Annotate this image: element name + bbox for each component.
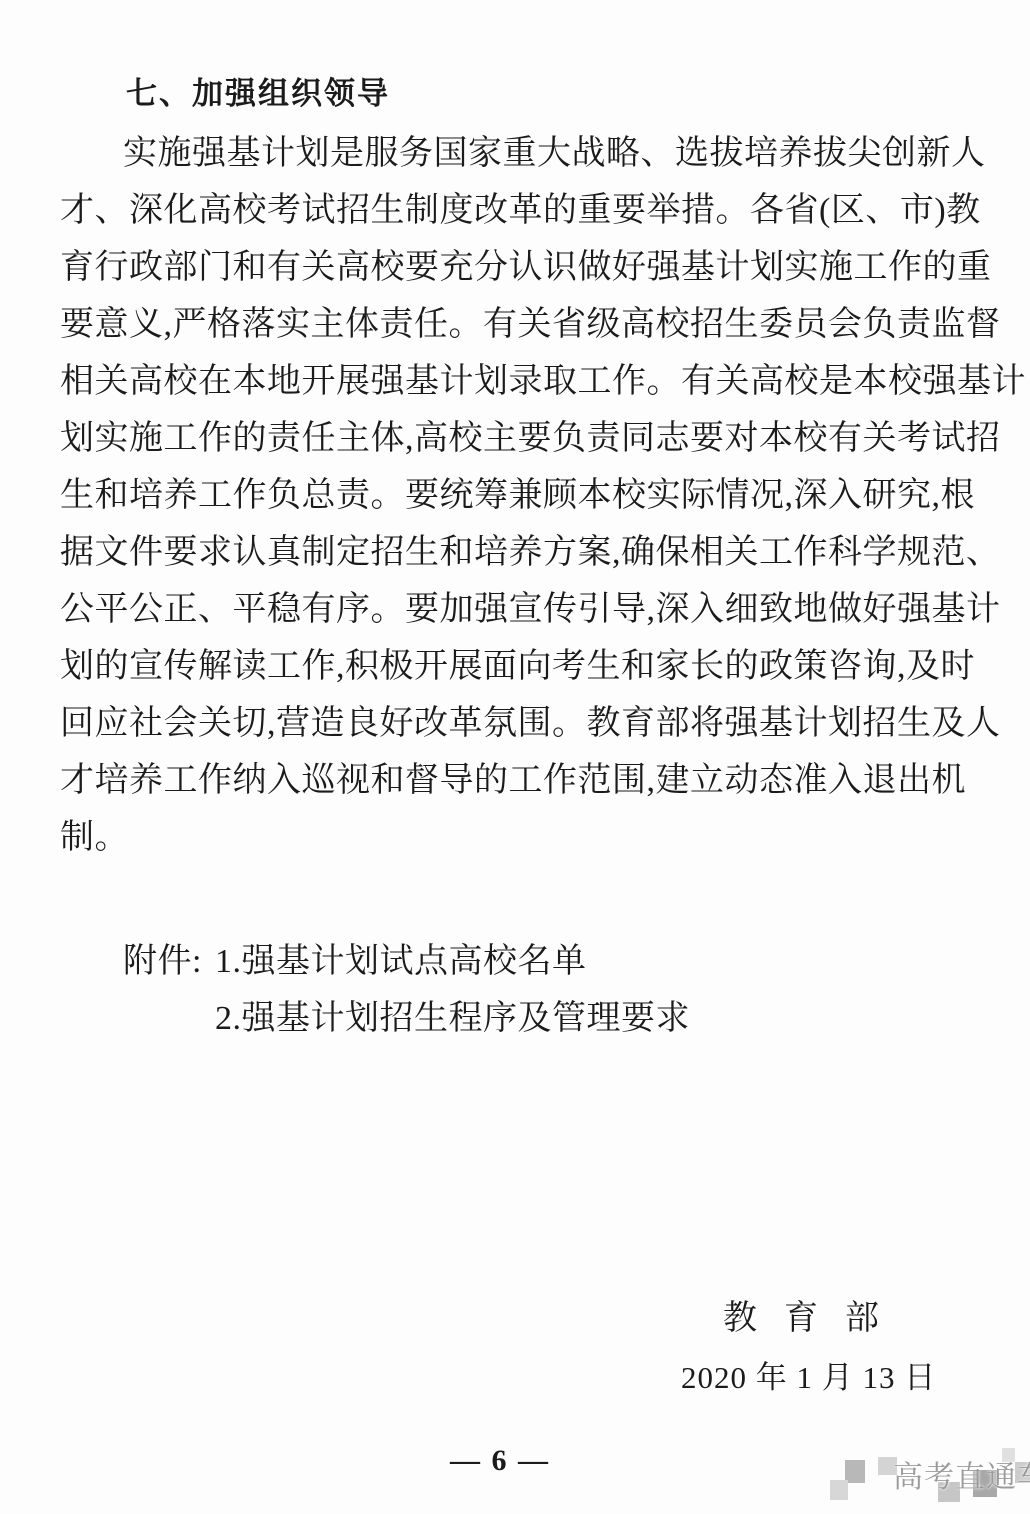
paragraph-line: 实施强基计划是服务国家重大战略、选拔培养拔尖创新人 [60,125,1026,182]
section-heading: 七、加强组织领导 [126,68,390,113]
watermark-text: 高考直通车 [893,1452,1030,1496]
paragraph-line: 生和培养工作负总责。要统筹兼顾本校实际情况,深入研究,根 [60,467,1026,524]
body-paragraph: 实施强基计划是服务国家重大战略、选拔培养拔尖创新人 才、深化高校考试招生制度改革… [60,125,1026,866]
attachments-label: 附件: [123,933,215,990]
paragraph-line: 划实施工作的责任主体,高校主要负责同志要对本校有关考试招 [60,410,1026,467]
page-number: — 6 — [450,1444,550,1478]
paragraph-line: 制。 [60,809,1026,866]
attachment-item: 2.强基计划招生程序及管理要求 [215,1000,690,1037]
paragraph-line: 相关高校在本地开展强基计划录取工作。有关高校是本校强基计 [60,353,1026,410]
paragraph-line: 回应社会关切,营造良好改革氛围。教育部将强基计划招生及人 [60,695,1026,752]
paragraph-line: 据文件要求认真制定招生和培养方案,确保相关工作科学规范、 [60,524,1026,581]
signature-date: 2020 年 1 月 13 日 [681,1352,936,1397]
watermark-square [830,1480,848,1500]
paragraph-line: 划的宣传解读工作,积极开展面向考生和家长的政策咨询,及时 [60,638,1026,695]
watermark-square [845,1460,865,1483]
paragraph-line: 育行政部门和有关高校要充分认识做好强基计划实施工作的重 [60,239,1026,296]
paragraph-line: 公平公正、平稳有序。要加强宣传引导,深入细致地做好强基计 [60,581,1026,638]
paragraph-line: 要意义,严格落实主体责任。有关省级高校招生委员会负责监督 [60,296,1026,353]
attachment-line: 2.强基计划招生程序及管理要求 [123,990,690,1047]
watermark: 高考直通车 [825,1442,1030,1512]
attachments-block: 附件:1.强基计划试点高校名单 2.强基计划招生程序及管理要求 [123,933,690,1047]
attachment-item: 1.强基计划试点高校名单 [215,943,587,980]
paragraph-line: 才、深化高校考试招生制度改革的重要举措。各省(区、市)教 [60,182,1026,239]
attachment-line: 附件:1.强基计划试点高校名单 [123,933,690,990]
issuer-signature: 教育部 [723,1290,906,1339]
document-page: 七、加强组织领导 实施强基计划是服务国家重大战略、选拔培养拔尖创新人 才、深化高… [0,0,1030,1514]
paragraph-line: 才培养工作纳入巡视和督导的工作范围,建立动态准入退出机 [60,752,1026,809]
